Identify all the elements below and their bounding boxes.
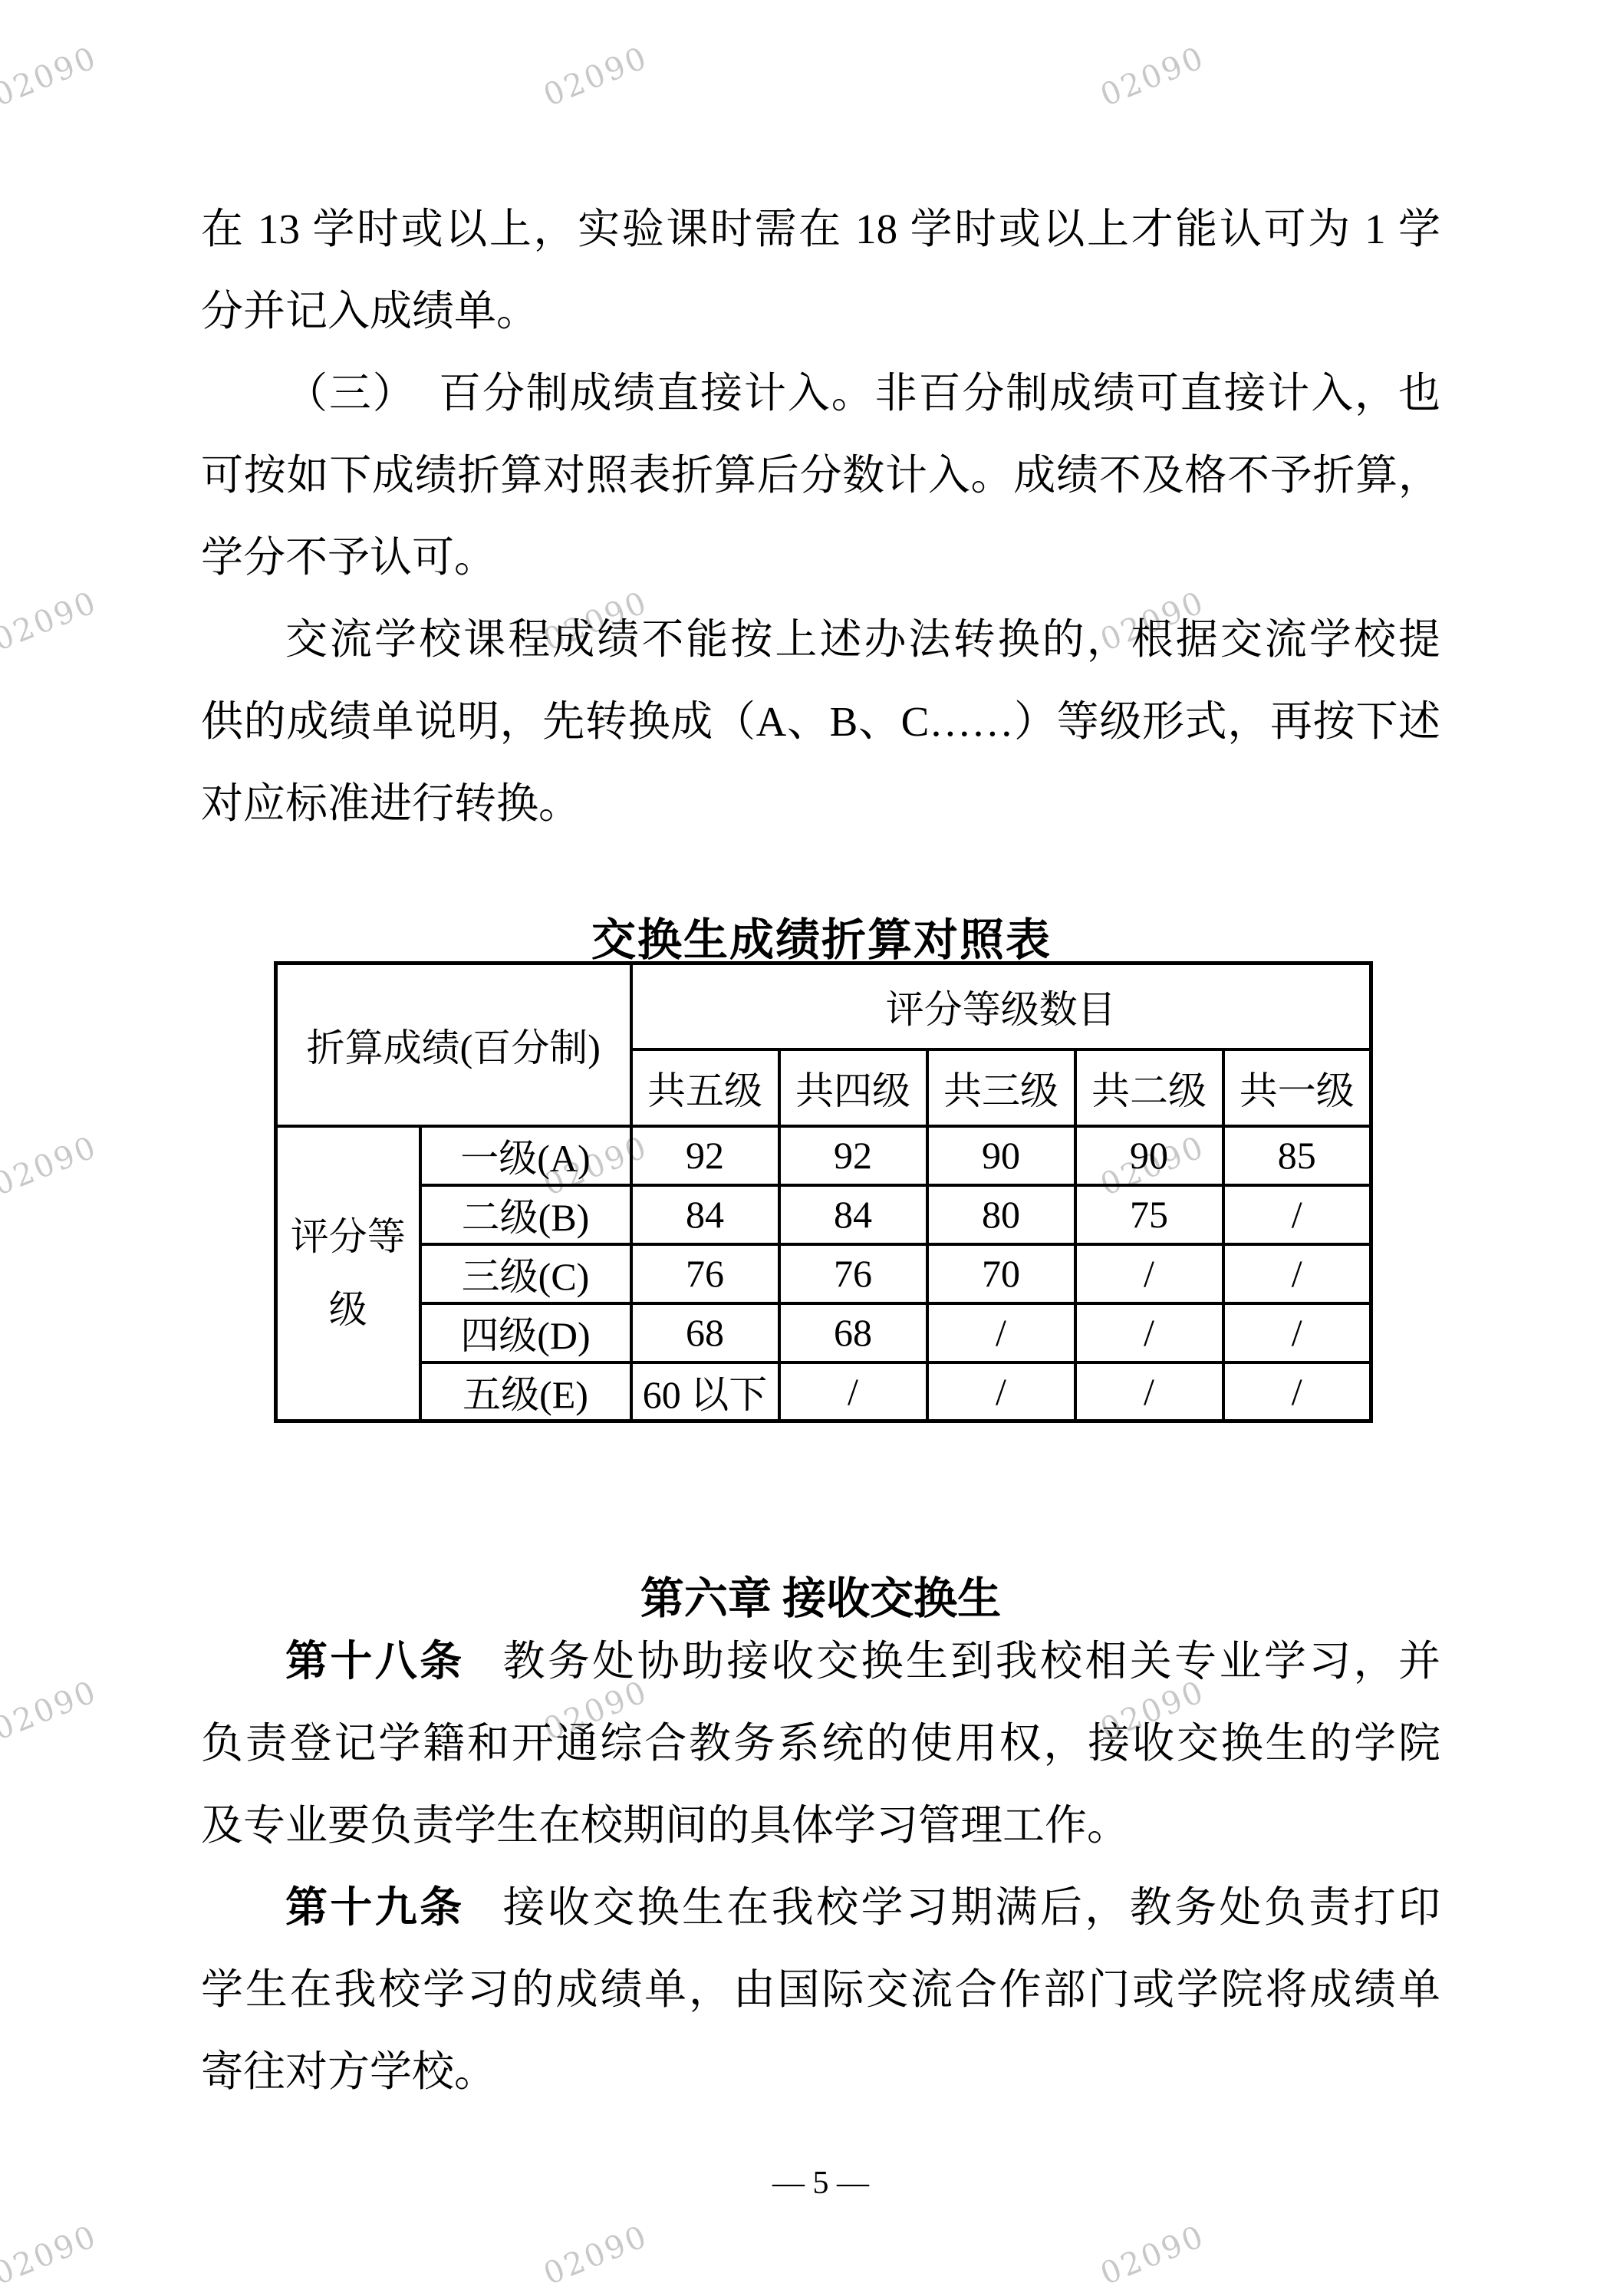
value-cell: / <box>1075 1244 1223 1303</box>
value-cell: 70 <box>927 1244 1075 1303</box>
article-number: 第十八条 <box>285 1638 465 1685</box>
value-cell: 84 <box>779 1185 927 1244</box>
level-header-cell: 共二级 <box>1075 1049 1223 1126</box>
watermark-text: 02090 <box>539 2219 653 2292</box>
value-cell: 92 <box>779 1126 927 1185</box>
watermark-text: 02090 <box>0 2219 103 2292</box>
level-header-cell: 共五级 <box>631 1049 779 1126</box>
watermark-text: 02090 <box>0 585 103 658</box>
value-cell: 76 <box>631 1244 779 1303</box>
value-cell: / <box>1223 1362 1371 1421</box>
value-cell: / <box>779 1362 927 1421</box>
intro-paragraphs: 在 13 学时或以上，实验课时需在 18 学时或以上才能认可为 1 学分并记入成… <box>201 188 1440 845</box>
text-line: 及专业要负责学生在校期间的具体学习管理工作。 <box>201 1784 1440 1866</box>
group-header-cell: 评分等级数目 <box>631 964 1371 1049</box>
watermark-text: 02090 <box>539 40 653 114</box>
value-cell: / <box>927 1303 1075 1362</box>
table-row: 三级(C)767670// <box>276 1244 1371 1303</box>
table-row: 五级(E)60 以下//// <box>276 1362 1371 1421</box>
grade-conversion-table: 折算成绩(百分制) 评分等级数目 共五级共四级共三级共二级共一级 评分等级一级(… <box>274 961 1373 1423</box>
text-line: （三） 百分制成绩直接计入。非百分制成绩可直接计入，也 <box>201 352 1440 434</box>
grade-label-cell: 二级(B) <box>420 1185 631 1244</box>
value-cell: 60 以下 <box>631 1362 779 1421</box>
level-header-cell: 共三级 <box>927 1049 1075 1126</box>
watermark-text: 02090 <box>1096 2219 1210 2292</box>
watermark-text: 02090 <box>1096 40 1210 114</box>
table-title: 交换生成绩折算对照表 <box>274 904 1369 968</box>
article-number: 第十九条 <box>285 1884 465 1931</box>
table-header-row-1: 折算成绩(百分制) 评分等级数目 <box>276 964 1371 1049</box>
grade-label-cell: 五级(E) <box>420 1362 631 1421</box>
row-group-label-cell: 评分等级 <box>276 1126 420 1421</box>
chapter-heading: 第六章 接收交换生 <box>201 1563 1440 1626</box>
table-row: 四级(D)6868/// <box>276 1303 1371 1362</box>
value-cell: / <box>1075 1303 1223 1362</box>
value-cell: 92 <box>631 1126 779 1185</box>
text-line: 第十九条接收交换生在我校学习期满后，教务处负责打印 <box>201 1866 1440 1948</box>
watermark-text: 02090 <box>0 1129 103 1203</box>
table-row: 二级(B)84848075/ <box>276 1185 1371 1244</box>
value-cell: 68 <box>631 1303 779 1362</box>
text-line: 供的成绩单说明，先转换成（A、B、C……）等级形式，再按下述 <box>201 680 1440 763</box>
value-cell: 90 <box>1075 1126 1223 1185</box>
watermark-text: 02090 <box>0 40 103 114</box>
article-paragraphs: 第十八条教务处协助接收交换生到我校相关专业学习，并负责登记学籍和开通综合教务系统… <box>201 1620 1440 2113</box>
text-line: 寄往对方学校。 <box>201 2031 1440 2113</box>
text-line: 负责登记学籍和开通综合教务系统的使用权，接收交换生的学院 <box>201 1702 1440 1784</box>
grade-label-cell: 一级(A) <box>420 1126 631 1185</box>
table-row: 评分等级一级(A)9292909085 <box>276 1126 1371 1185</box>
text-line: 学分不予认可。 <box>201 516 1440 598</box>
text-line: 学生在我校学习的成绩单，由国际交流合作部门或学院将成绩单 <box>201 1948 1440 2031</box>
corner-header-cell: 折算成绩(百分制) <box>276 964 631 1126</box>
value-cell: 76 <box>779 1244 927 1303</box>
value-cell: / <box>1075 1362 1223 1421</box>
text-line: 交流学校课程成绩不能按上述办法转换的，根据交流学校提 <box>201 598 1440 680</box>
value-cell: 75 <box>1075 1185 1223 1244</box>
value-cell: / <box>927 1362 1075 1421</box>
value-cell: 68 <box>779 1303 927 1362</box>
text-line: 第十八条教务处协助接收交换生到我校相关专业学习，并 <box>201 1620 1440 1702</box>
value-cell: / <box>1223 1185 1371 1244</box>
text-line: 对应标准进行转换。 <box>201 763 1440 845</box>
document-page: 0209002090020900209002090020900209002090… <box>0 0 1623 2296</box>
level-header-cell: 共一级 <box>1223 1049 1371 1126</box>
value-cell: 84 <box>631 1185 779 1244</box>
grade-label-cell: 四级(D) <box>420 1303 631 1362</box>
value-cell: 80 <box>927 1185 1075 1244</box>
text-line: 分并记入成绩单。 <box>201 270 1440 352</box>
text-line: 可按如下成绩折算对照表折算后分数计入。成绩不及格不予折算， <box>201 434 1440 516</box>
value-cell: / <box>1223 1244 1371 1303</box>
value-cell: / <box>1223 1303 1371 1362</box>
grade-label-cell: 三级(C) <box>420 1244 631 1303</box>
text-line: 在 13 学时或以上，实验课时需在 18 学时或以上才能认可为 1 学 <box>201 188 1440 270</box>
value-cell: 85 <box>1223 1126 1371 1185</box>
page-number: — 5 — <box>201 2165 1440 2202</box>
watermark-text: 02090 <box>0 1674 103 1748</box>
level-header-cell: 共四级 <box>779 1049 927 1126</box>
value-cell: 90 <box>927 1126 1075 1185</box>
